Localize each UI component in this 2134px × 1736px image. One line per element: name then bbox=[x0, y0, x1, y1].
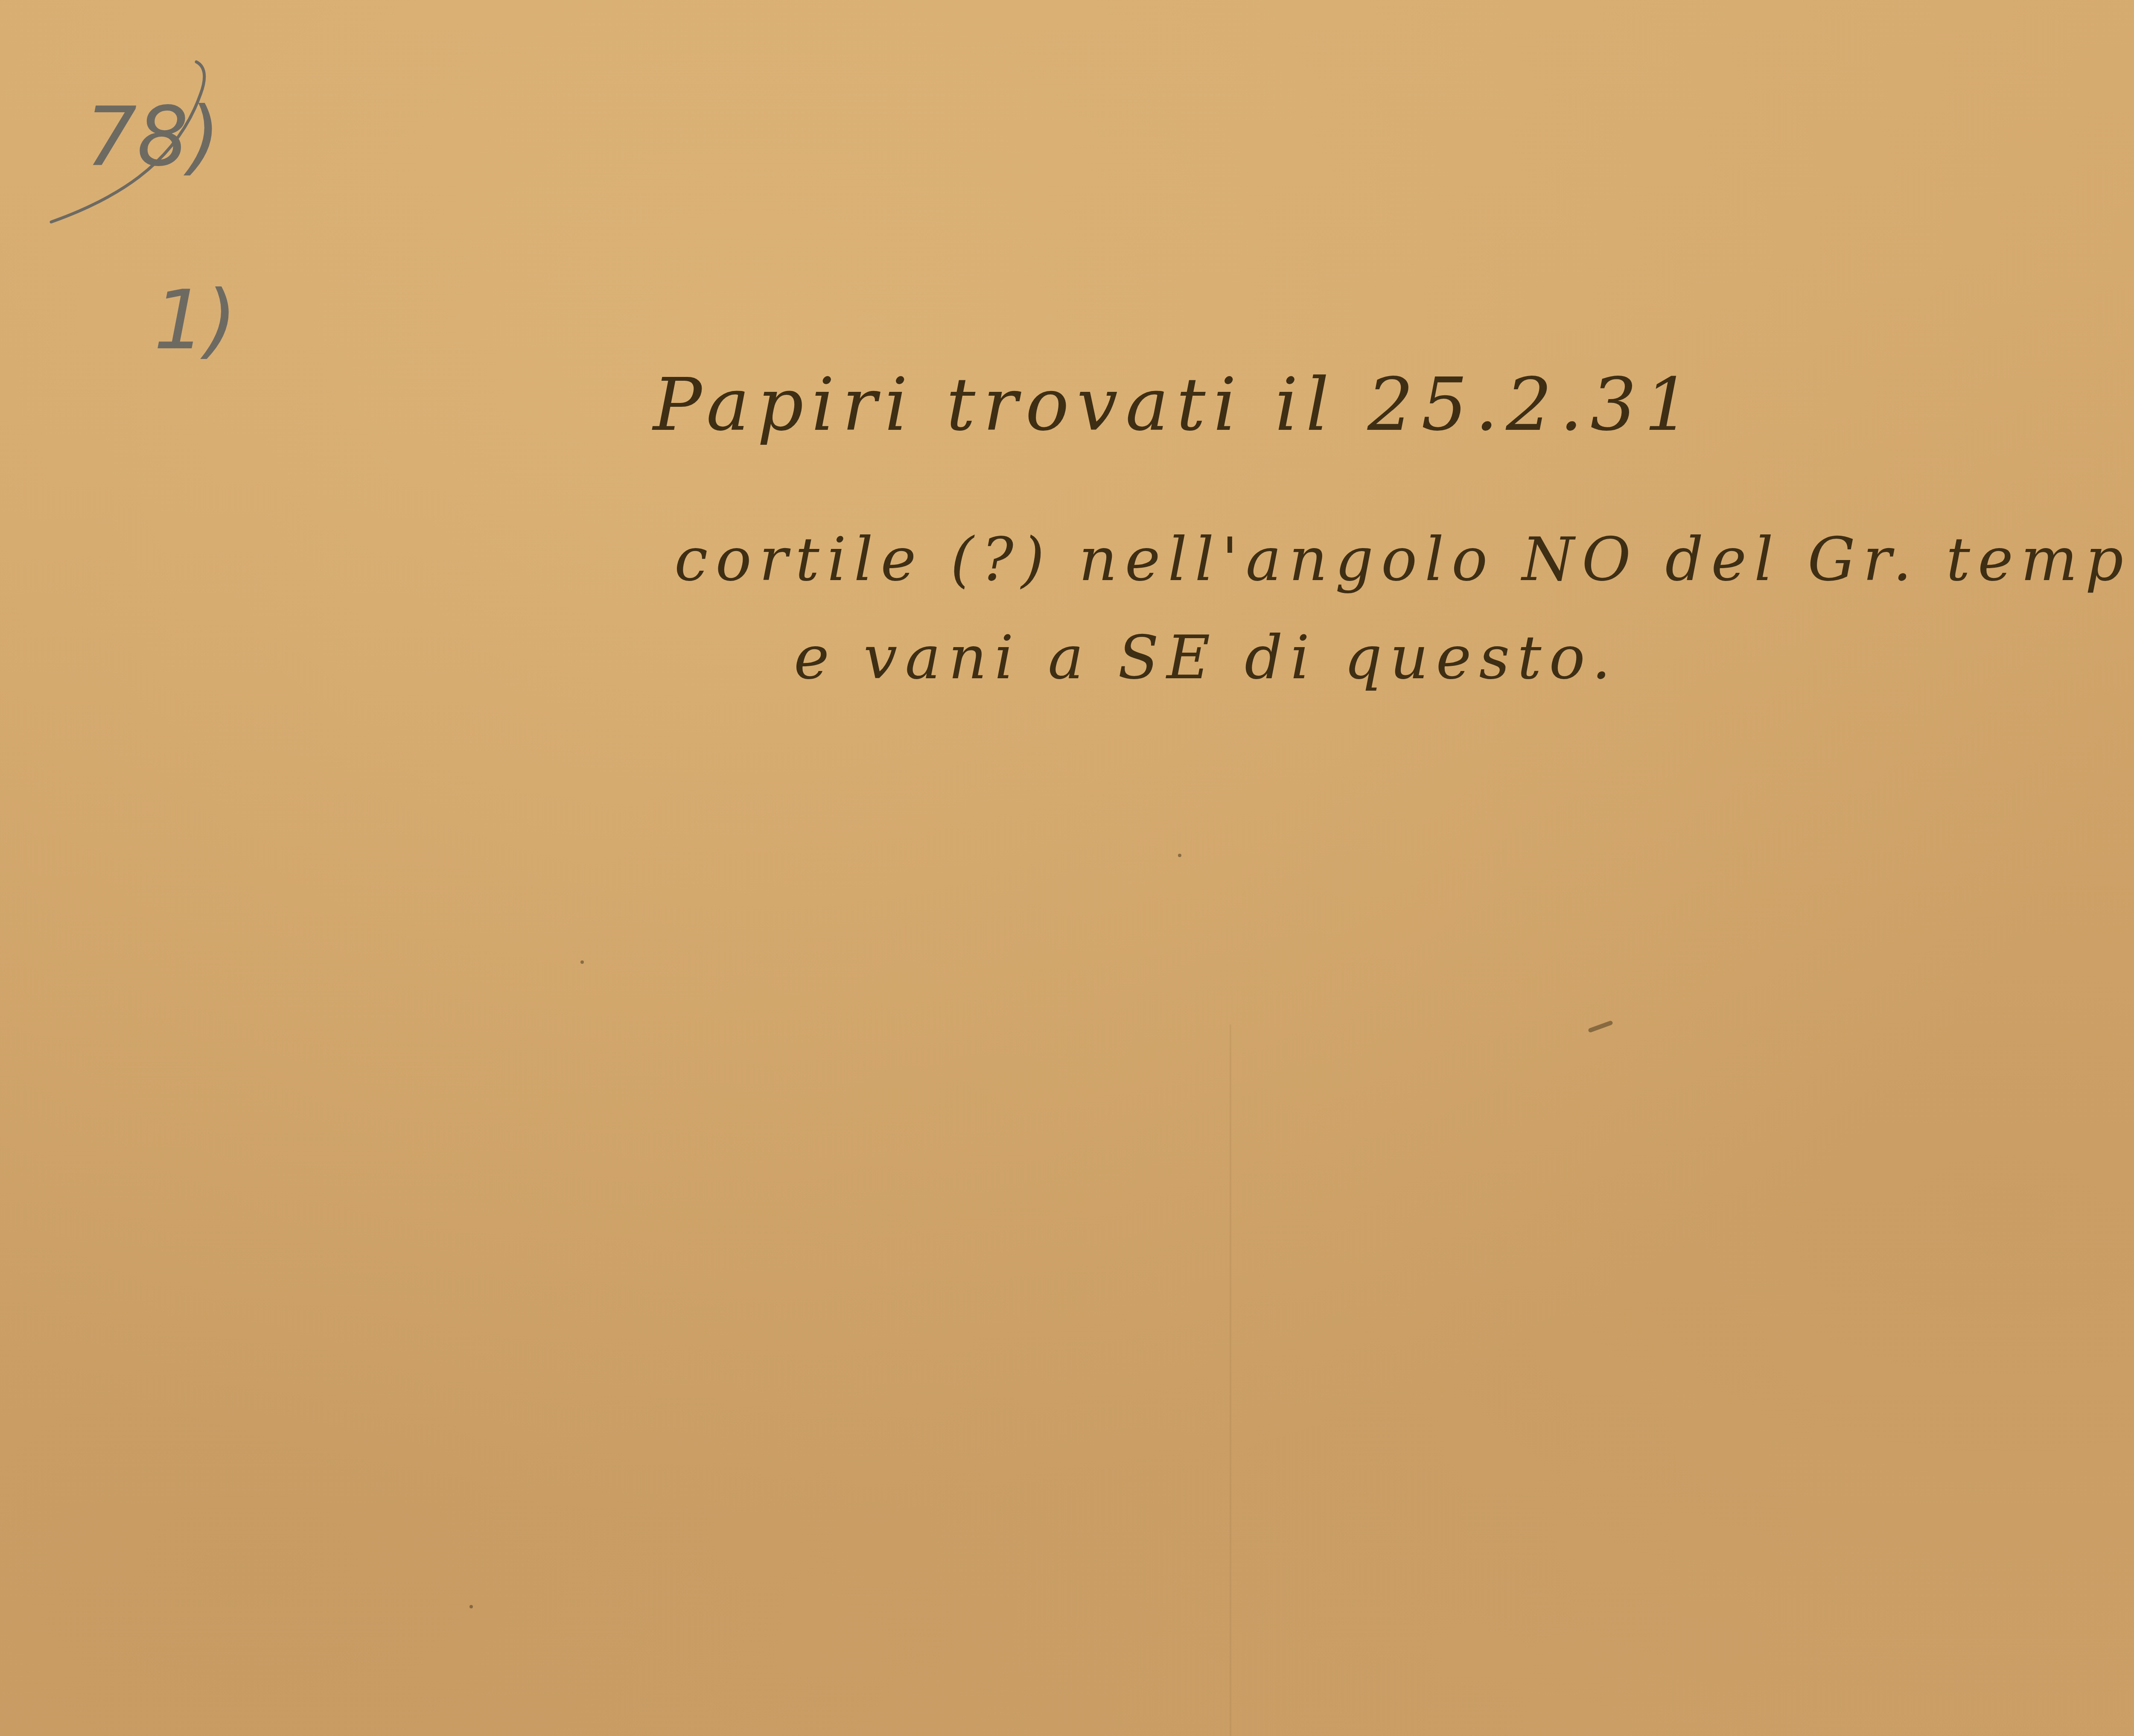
sub-number: 1) bbox=[154, 273, 237, 368]
note-line-location-cont: e vani a SE di questo. bbox=[794, 623, 1618, 693]
paper-speck bbox=[469, 1605, 473, 1608]
paper-speck bbox=[1178, 854, 1181, 857]
note-line-title: Papiri trovati il 25.2.31 bbox=[653, 363, 1698, 447]
note-line-location: cortile (?) nell'angolo NO del Gr. tempi… bbox=[674, 525, 2134, 595]
paper-background bbox=[0, 0, 2134, 1736]
paper-crease bbox=[1229, 1024, 1232, 1736]
catalog-number: 78) bbox=[85, 90, 220, 184]
paper-speck bbox=[580, 960, 584, 964]
